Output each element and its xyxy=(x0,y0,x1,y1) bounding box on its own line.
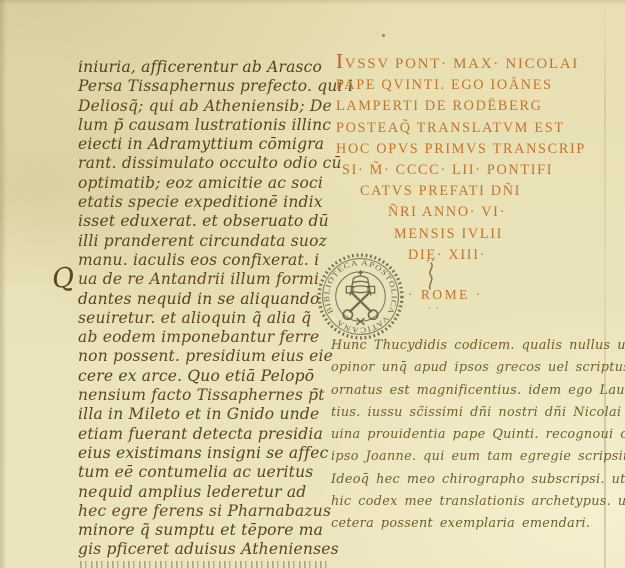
initial-capital-q: Q xyxy=(50,262,75,295)
subscription-line: ornatus est magnificentius. idem ego Lau… xyxy=(331,380,616,402)
manuscript-text-line: isset eduxerat. et obseruato dū xyxy=(78,212,346,231)
colophon-line: IVSSV PONT· MAX· NICOLAI xyxy=(336,51,606,75)
place-ornament: · · xyxy=(428,304,440,314)
manuscript-text-line: illi pranderent circundata suoz xyxy=(78,232,346,251)
valla-subscription: Hunc Thucydidis codicem. qualis nullus u… xyxy=(331,335,616,536)
ink-speck xyxy=(382,34,385,37)
manuscript-text-line: etatis specie expeditionē indix xyxy=(78,193,346,212)
manuscript-text-line: optimatib; eoz amicitie ac soci xyxy=(78,174,346,193)
cropped-text-line xyxy=(80,561,330,568)
manuscript-text-line: minore q̃ sumptu et tēpore ma xyxy=(78,521,346,540)
page-left-shadow xyxy=(0,0,7,568)
manuscript-text-line: non possent. presidium eius eie xyxy=(78,347,346,366)
colophon-line: POSTEAQ̃ TRANSLATVM EST xyxy=(336,118,606,139)
colophon-line: PAPE QVINTI. EGO IOĀNES xyxy=(336,75,606,96)
vatican-library-stamp: BIBLIOTECA APOSTOLICA VATICANA xyxy=(314,250,407,343)
subscription-line: uina prouidentia pape Quinti. recognoui … xyxy=(331,424,616,446)
manuscript-text-line: eiecti in Adramyttium cōmigra xyxy=(78,135,346,154)
manuscript-text-line: Persa Tissaphernus prefecto. qui i xyxy=(78,77,346,96)
subscription-line: tius. iussu sc̃issimi dñi nostri dñi Nic… xyxy=(331,402,616,424)
manuscript-page: Q iniuria, afficerentur ab ArascoPersa T… xyxy=(0,0,625,568)
colophon-line: ÑRI ANNO· VI· xyxy=(336,202,606,223)
subscription-line: Hunc Thucydidis codicem. qualis nullus u… xyxy=(331,335,616,357)
manuscript-text-line: cere ex arce. Quo etiā Pelopō xyxy=(78,367,346,386)
manuscript-text-line: eius existimans insigni se affec xyxy=(78,444,346,463)
subscription-line: cetera possent exemplaria emendari. xyxy=(331,513,616,535)
subscription-line: hic codex mee translationis archetypus. … xyxy=(331,491,616,513)
manuscript-text-line: ab eodem imponebantur ferre xyxy=(78,328,346,347)
subscription-line: ipso Joanne. qui eum tam egregie scripsi… xyxy=(331,446,616,468)
stamp-beaded-ring xyxy=(319,255,402,338)
manuscript-text-line: etiam fuerant detecta presidia xyxy=(78,425,346,444)
manuscript-text-line: tum eē contumelia ac ueritus xyxy=(78,463,346,482)
colophon-line: HOC OPVS PRIMVS TRANSCRIP xyxy=(336,139,606,160)
colophon-capitals: IVSSV PONT· MAX· NICOLAIPAPE QVINTI. EGO… xyxy=(336,51,606,266)
manuscript-text-line: hec egre ferens si Pharnabazus xyxy=(78,502,346,521)
manuscript-text-line: gis pficeret aduisus Athenienses xyxy=(78,540,346,559)
place-name: · ROME · xyxy=(408,287,483,303)
subscription-line: opinor unq̄ apud ipsos grecos uel script… xyxy=(331,357,616,379)
colophon-line: SI· M̃· CCCC· LII· PONTIFI xyxy=(336,160,606,181)
manuscript-text-line: manu. iaculis eos confixerat. i xyxy=(78,251,346,270)
manuscript-text-line: Deliosq̃; qui ab Atheniensib; De xyxy=(78,97,346,116)
page-top-shadow xyxy=(0,0,625,5)
main-text-column: iniuria, afficerentur ab ArascoPersa Tis… xyxy=(78,58,346,560)
manuscript-text-line: nequid amplius lederetur ad xyxy=(78,483,346,502)
manuscript-text-line: illa in Mileto et in Gnido unde xyxy=(78,405,346,424)
colophon-line: CATVS PREFATI DÑI xyxy=(336,181,606,202)
colophon-line: LAMPERTI DE RODĒBERG xyxy=(336,96,606,117)
manuscript-text-line: lum p̃ causam lustrationis illinc xyxy=(78,116,346,135)
stamp-ring-text: BIBLIOTECA APOSTOLICA VATICANA xyxy=(314,250,407,343)
manuscript-text-line: seuiretur. et alioquin q̃ alia q̃ xyxy=(78,309,346,328)
manuscript-text-line: dantes nequid in se aliquando xyxy=(78,290,346,309)
manuscript-text-line: iniuria, afficerentur ab Arasco xyxy=(78,58,346,77)
subscription-line: Ideoq̄ hec meo chirographo subscripsi. u… xyxy=(331,469,616,491)
manuscript-text-line: ua de re Antandrii illum formi xyxy=(78,270,346,289)
manuscript-text-line: rant. dissimulato occulto odio cū xyxy=(78,154,346,173)
manuscript-text-line: nensium facto Tissaphernes p̃t xyxy=(78,386,346,405)
colophon-line: MENSIS IVLII xyxy=(336,224,606,245)
